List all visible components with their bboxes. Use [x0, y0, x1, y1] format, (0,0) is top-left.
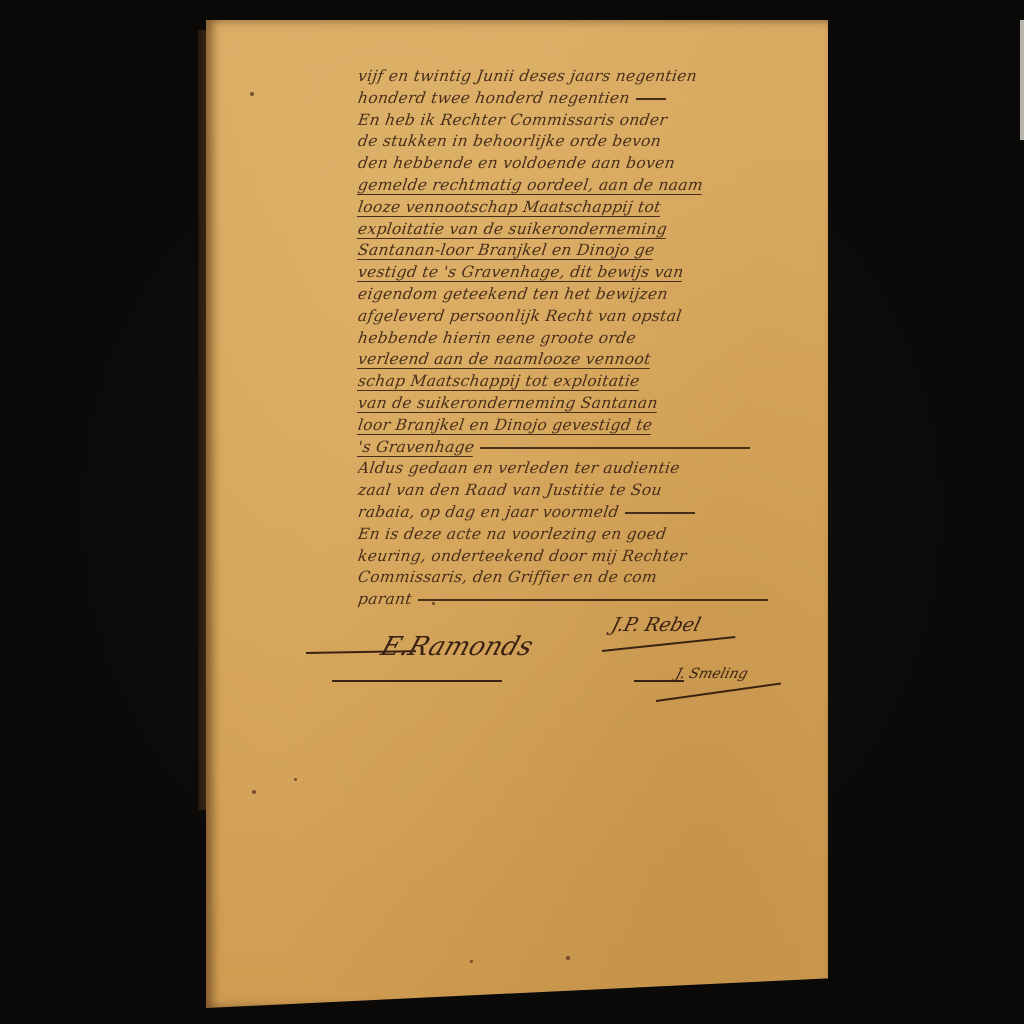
- text-line: de stukken in behoorlijke orde bevon: [356, 131, 829, 153]
- text-line: vijf en twintig Junii deses jaars negent…: [356, 66, 829, 88]
- text-line: rabaia, op dag en jaar voormeld: [356, 502, 829, 524]
- signature-right-bottom-flourish: [634, 680, 684, 682]
- text-line: loor Branjkel en Dinojo gevestigd te: [356, 415, 829, 437]
- foxing-spot: [250, 92, 254, 96]
- foxing-spot: [432, 602, 435, 605]
- foxing-spot: [252, 790, 256, 794]
- text-line: schap Maatschappij tot exploitatie: [356, 371, 829, 393]
- text-line: En is deze acte na voorlezing en goed: [356, 524, 829, 546]
- text-line: 's Gravenhage: [356, 437, 829, 459]
- text-line: Commissaris, den Griffier en de com: [356, 567, 829, 589]
- text-line: En heb ik Rechter Commissaris onder: [356, 110, 829, 132]
- text-line: hebbende hierin eene groote orde: [356, 328, 829, 350]
- text-line: van de suikeronderneming Santanan: [356, 393, 829, 415]
- text-line: Aldus gedaan en verleden ter audientie: [356, 458, 829, 480]
- text-line: afgeleverd persoonlijk Recht van opstal: [356, 306, 829, 328]
- handwritten-text: vijf en twintig Junii deses jaars negent…: [358, 66, 828, 611]
- text-line: gemelde rechtmatig oordeel, aan de naam: [356, 175, 829, 197]
- text-line: eigendom geteekend ten het bewijzen: [356, 284, 829, 306]
- text-line: den hebbende en voldoende aan boven: [356, 153, 829, 175]
- foxing-spot: [294, 778, 297, 781]
- foxing-spot: [470, 960, 473, 963]
- signature-left: E.Ramonds: [377, 632, 537, 662]
- signature-right-top: J.P. Rebel: [609, 614, 703, 636]
- text-line: vestigd te 's Gravenhage, dit bewijs van: [356, 262, 829, 284]
- foxing-spot: [566, 956, 570, 960]
- text-line: Santanan-loor Branjkel en Dinojo ge: [356, 240, 829, 262]
- text-line: looze vennootschap Maatschappij tot: [356, 197, 829, 219]
- text-line: honderd twee honderd negentien: [356, 88, 829, 110]
- text-line: exploitatie van de suikeronderneming: [356, 219, 829, 241]
- text-line: parant: [356, 589, 829, 611]
- signature-left-underline: [332, 680, 502, 682]
- signature-right-bottom: J. Smeling: [674, 666, 750, 682]
- text-line: keuring, onderteekend door mij Rechter: [356, 546, 829, 568]
- text-line: zaal van den Raad van Justitie te Sou: [356, 480, 829, 502]
- text-line: verleend aan de naamlooze vennoot: [356, 349, 829, 371]
- adjacent-sheet-edge: [1020, 20, 1024, 140]
